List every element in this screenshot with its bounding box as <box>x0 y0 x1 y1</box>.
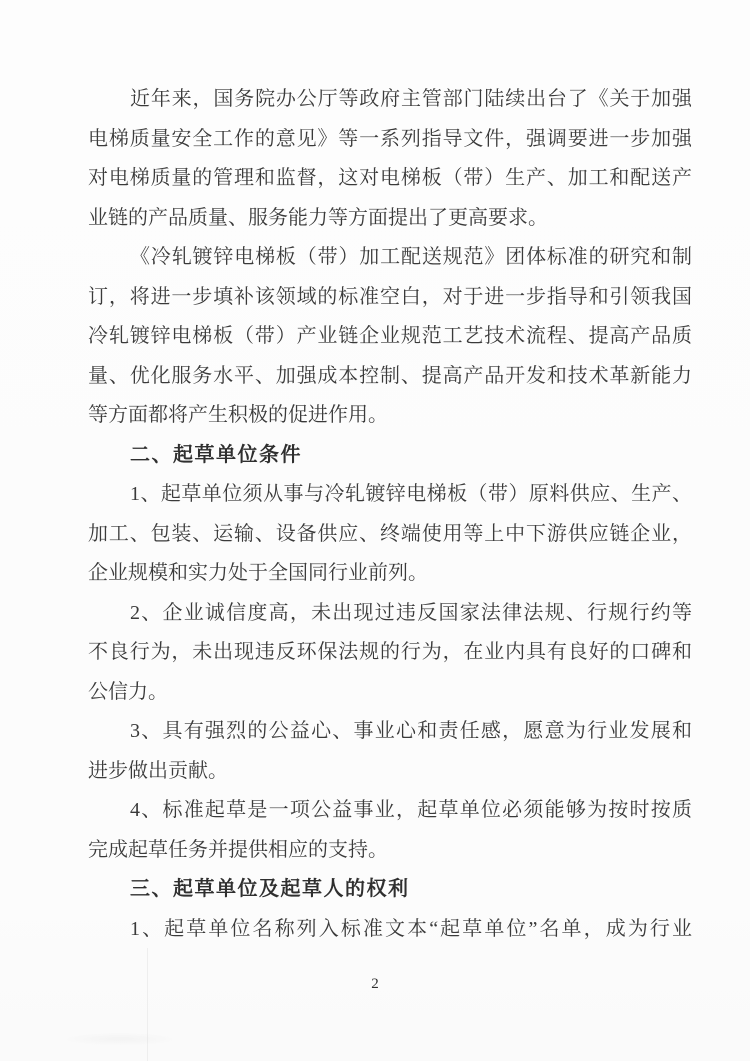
text-line: 近年来，国务院办公厅等政府主管部门陆续出台了《关于加强 <box>88 80 692 120</box>
text-line: 1、起草单位名称列入标准文本“起草单位”名单，成为行业 <box>88 910 692 950</box>
text-line: 企业规模和实力处于全国同行业前列。 <box>88 554 692 594</box>
text-line: 业链的产品质量、服务能力等方面提出了更高要求。 <box>88 199 692 239</box>
text-line: 公信力。 <box>88 673 692 713</box>
document-body: 近年来，国务院办公厅等政府主管部门陆续出台了《关于加强 电梯质量安全工作的意见》… <box>88 80 692 949</box>
section-heading: 三、起草单位及起草人的权利 <box>88 870 692 910</box>
text-line: 进步做出贡献。 <box>88 752 692 792</box>
text-line: 4、标准起草是一项公益事业，起草单位必须能够为按时按质 <box>88 791 692 831</box>
text-line: 电梯质量安全工作的意见》等一系列指导文件，强调要进一步加强 <box>88 120 692 160</box>
text-line: 等方面都将产生积极的促进作用。 <box>88 396 692 436</box>
page-number: 2 <box>0 976 750 993</box>
text-line: 2、企业诚信度高，未出现过违反国家法律法规、行规行约等 <box>88 594 692 634</box>
text-line: 订，将进一步填补该领域的标准空白，对于进一步指导和引领我国 <box>88 278 692 318</box>
text-line: 1、起草单位须从事与冷轧镀锌电梯板（带）原料供应、生产、 <box>88 475 692 515</box>
text-line: 冷轧镀锌电梯板（带）产业链企业规范工艺技术流程、提高产品质 <box>88 317 692 357</box>
text-line: 不良行为，未出现违反环保法规的行为，在业内具有良好的口碑和 <box>88 633 692 673</box>
text-line: 《冷轧镀锌电梯板（带）加工配送规范》团体标准的研究和制 <box>88 238 692 278</box>
text-line: 对电梯质量的管理和监督，这对电梯板（带）生产、加工和配送产 <box>88 159 692 199</box>
section-heading: 二、起草单位条件 <box>88 436 692 476</box>
text-line: 加工、包装、运输、设备供应、终端使用等上中下游供应链企业， <box>88 515 692 555</box>
text-line: 3、具有强烈的公益心、事业心和责任感，愿意为行业发展和 <box>88 712 692 752</box>
text-line: 完成起草任务并提供相应的支持。 <box>88 831 692 871</box>
text-line: 量、优化服务水平、加强成本控制、提高产品开发和技术革新能力 <box>88 357 692 397</box>
scanned-document-page: 近年来，国务院办公厅等政府主管部门陆续出台了《关于加强 电梯质量安全工作的意见》… <box>0 0 750 1061</box>
scan-artifact-smudge <box>60 1032 180 1046</box>
